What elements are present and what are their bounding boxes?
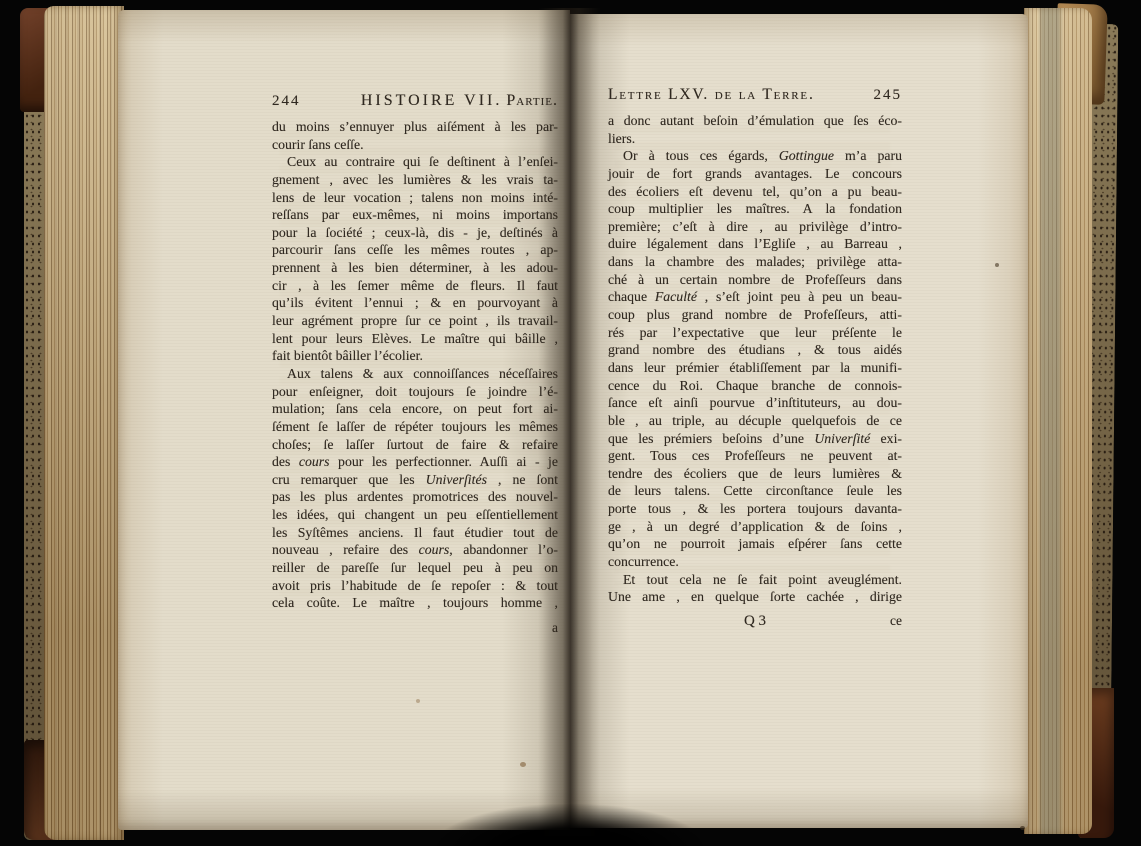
text-line: qu’on ne pourroit jamais eſpérer ſans ce… [608, 535, 902, 553]
text-line: nouveau , refaire des cours, abandonner … [272, 541, 558, 559]
left-page-number: 244 [272, 93, 301, 110]
text-line: rés par l’expectative que leur préſente … [608, 324, 902, 342]
text-line: chaque Faculté , s’eſt joint peu à peu u… [608, 288, 902, 306]
text-line: reiller de pareſſe ſur lequel peu à peu … [272, 559, 558, 577]
text-line: cela coûte. Le maître , toujours homme , [272, 594, 558, 612]
text-line: Ceux au contraire qui ſe deſtinent à l’e… [272, 153, 558, 171]
text-line: fait bientôt bâiller l’écolier. [272, 347, 558, 365]
text-line: ſance eſt ainſi pourvue d’inſtituteurs, … [608, 394, 902, 412]
text-line: cir , à les ſemer même de fleurs. Il fau… [272, 277, 558, 295]
left-page-header: 244 HISTOIRE VII. Partie. [272, 92, 558, 110]
text-line: duire légalement dans l’Egliſe , au Barr… [608, 235, 902, 253]
left-fore-edge [44, 6, 124, 840]
right-catchword: ce [890, 613, 902, 629]
text-line: ſément ſe laſſer de répéter toujours les… [272, 418, 558, 436]
text-line: gnement , avec les lumières & les vrais … [272, 171, 558, 189]
right-fore-edge [1024, 8, 1092, 834]
text-line: porte tous , & les portera toujours dava… [608, 500, 902, 518]
text-line: dans leur prémier établiſſement par la m… [608, 359, 902, 377]
signature-mark: Q 3 [744, 613, 766, 630]
text-line: gent. Tous ces Profeſſeurs ne peuvent at… [608, 447, 902, 465]
text-line: jouir de fort grands avantages. Le conco… [608, 165, 902, 183]
text-line: première; c’eſt à dire , au privilège d’… [608, 218, 902, 236]
right-page-number: 245 [874, 87, 903, 104]
text-line: les idées, qui changent un peu eſſentiel… [272, 506, 558, 524]
text-line: ché à un certain nombre de Profeſſeurs d… [608, 271, 902, 289]
text-line: grand nombre des étudians , & tous aidés [608, 341, 902, 359]
text-line: des cours pour les perfectionner. Auſſi … [272, 453, 558, 471]
right-page-text: a donc autant beſoin d’émulation que ſes… [608, 112, 902, 606]
text-line: tendre des écoliers que de leurs lumière… [608, 465, 902, 483]
text-line: reſſans par eux-mêmes, ni moins importan… [272, 206, 558, 224]
text-line: lent pour leurs Elèves. Le maître qui bâ… [272, 330, 558, 348]
text-line: que les prémiers beſoins d’une Univerſit… [608, 430, 902, 448]
right-page-header: Lettre LXV. de la Terre. 245 [608, 86, 902, 104]
text-line: avoit pris l’habitude de ſe repoſer : & … [272, 577, 558, 595]
text-line: coup multiplier les maîtres. A la fondat… [608, 200, 902, 218]
signature-row: Q 3 ce [608, 613, 902, 633]
text-line: Or à tous ces égards, Gottingue m’a paru [608, 147, 902, 165]
text-line: ge , à un degré d’application & de ſoins… [608, 518, 902, 536]
text-line: a donc autant beſoin d’émulation que ſes… [608, 112, 902, 130]
text-line: choſes; ſe laſſer ſurtout de faire & ref… [272, 436, 558, 454]
text-line: mulation; ſans cela encore, on peut fort… [272, 400, 558, 418]
left-page-text: du moins s’ennuyer plus aiſément à les p… [272, 118, 558, 612]
text-line: prennent à les bien déterminer, à les ad… [272, 259, 558, 277]
text-line: liers. [608, 130, 902, 148]
text-line: qu’ils évitent l’ennui ; & en pourvoyant… [272, 294, 558, 312]
text-line: dans la chambre des malades; privilège a… [608, 253, 902, 271]
text-line: pour la ſociété ; ceux-là, dis - je, deſ… [272, 224, 558, 242]
text-line: du moins s’ennuyer plus aiſément à les p… [272, 118, 558, 136]
text-line: de leurs talens. Cette circonſtance ſeul… [608, 482, 902, 500]
text-line: pour enſeigner, doit toujours ſe joindre… [272, 383, 558, 401]
text-line: leur agrément propre ſur ce point , ils … [272, 312, 558, 330]
text-line: courir ſans ceſſe. [272, 136, 558, 154]
text-line: coup plus grand nombre de Profeſſeurs, a… [608, 306, 902, 324]
text-line: cence du Roi. Chaque branche de connois- [608, 377, 902, 395]
text-line: Et tout cela ne ſe fait point aveuglémen… [608, 571, 902, 589]
text-line: cru remarquer que les Univerſités , ne ſ… [272, 471, 558, 489]
text-line: pas les plus ardentes promotrices des no… [272, 488, 558, 506]
left-catchword: a [272, 620, 558, 636]
text-line: les Syſtêmes anciens. Il faut étudier to… [272, 524, 558, 542]
left-running-title: HISTOIRE VII. Partie. [361, 92, 558, 110]
book-photo: 244 HISTOIRE VII. Partie. du moins s’enn… [0, 0, 1141, 846]
text-line: ble , au triple, au décuple quelquefois … [608, 412, 902, 430]
text-line: des écoliers eſt devenu tel, qu’on a pu … [608, 183, 902, 201]
text-line: parcourir ſans ceſſe les mêmes routes , … [272, 241, 558, 259]
text-line: Une ame , en quelque ſorte cachée , diri… [608, 588, 902, 606]
text-line: lens de leur vocation ; talens non moins… [272, 189, 558, 207]
text-line: concurrence. [608, 553, 902, 571]
text-line: Aux talens & aux connoiſſances néceſſair… [272, 365, 558, 383]
right-running-title: Lettre LXV. de la Terre. [608, 86, 815, 104]
